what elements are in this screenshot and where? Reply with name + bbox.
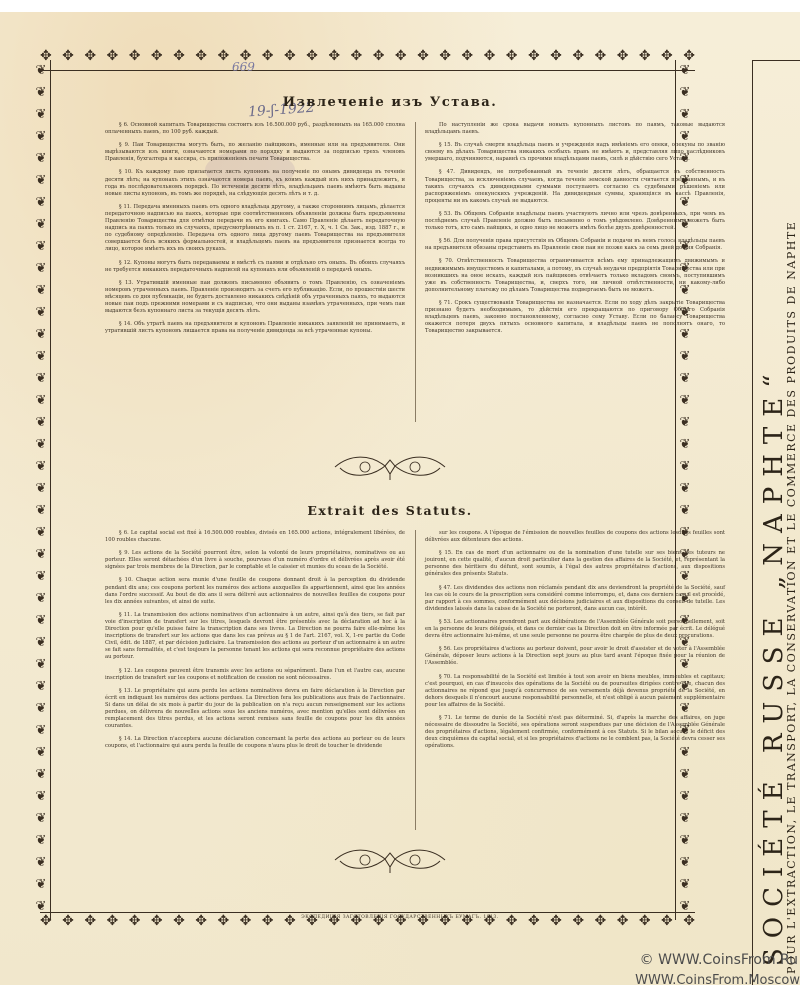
watermark-ru: © WWW.CoinsFrom.Ru [640, 952, 798, 968]
statute-paragraph: § 15. En cas de mort d'un actionnaire ou… [425, 550, 725, 578]
statute-paragraph: § 14. La Direction n'acceptera aucune dé… [105, 736, 405, 750]
statute-paragraph: По наступленіи же срока выдачи новыхъ ку… [425, 122, 725, 136]
russian-left-column: § 6. Основной капиталъ Товарищества сост… [105, 122, 405, 341]
french-left-column: § 6. Le capital social est fixé à 16.500… [105, 530, 405, 756]
column-divider [415, 122, 416, 422]
company-subtitle: POUR L'EXTRACTION, LE TRANSPORT, LA CONS… [785, 221, 798, 974]
statute-paragraph: § 53. Les actionnaires prendront part au… [425, 619, 725, 640]
background-top [0, 0, 800, 12]
statute-paragraph: § 15. Въ случаѣ смерти владѣльца паевъ и… [425, 142, 725, 163]
statute-paragraph: § 11. Передача именныхъ паевъ отъ одного… [105, 204, 405, 254]
statute-paragraph: § 56. Для полученія права присутствія въ… [425, 238, 725, 252]
statute-paragraph: § 70. Отвѣтственность Товарищества огран… [425, 258, 725, 293]
statute-paragraph: § 56. Les propriétaires d'actions au por… [425, 646, 725, 667]
statute-paragraph: § 11. La transmission des actions nomina… [105, 612, 405, 662]
statute-paragraph: § 53. Въ Общемъ Собраніи владѣльцы паевъ… [425, 211, 725, 232]
statute-paragraph: § 10. Къ каждому паю прилагается листъ к… [105, 169, 405, 197]
russian-section-title: Извлеченіе изъ Устава. [100, 95, 680, 110]
flourish-ornament [330, 845, 450, 875]
french-section-title: Extrait des Statuts. [100, 503, 680, 518]
statute-paragraph: § 12. Купоны могутъ быть передаваемы и в… [105, 260, 405, 274]
statute-paragraph: sur les coupons. A l'époque de l'émissio… [425, 530, 725, 544]
statute-paragraph: § 70. La responsabilité de la Société es… [425, 674, 725, 709]
statute-paragraph: § 71. Le terme de durée de la Société n'… [425, 715, 725, 750]
statute-paragraph: § 71. Срокъ существованія Товарищества н… [425, 300, 725, 335]
statute-paragraph: § 13. Le propriétaire qui aura perdu les… [105, 688, 405, 731]
side-panel: SOCIÉTÉ RUSSE „NAPHTE“ POUR L'EXTRACTION… [752, 60, 800, 986]
handwritten-number: 669 [232, 60, 255, 74]
flourish-ornament [330, 452, 450, 482]
statute-paragraph: § 13. Утратившій именные паи долженъ пис… [105, 280, 405, 315]
column-divider [415, 530, 416, 830]
statute-paragraph: § 14. Объ утратѣ паевъ на предъявителя и… [105, 321, 405, 335]
border-ornament: ✥ ✥ ✥ ✥ ✥ ✥ ✥ ✥ ✥ ✥ ✥ ✥ ✥ ✥ ✥ ✥ ✥ ✥ ✥ ✥ … [40, 48, 695, 64]
statute-paragraph: § 6. Основной капиталъ Товарищества сост… [105, 122, 405, 136]
russian-right-column: По наступленіи же срока выдачи новыхъ ку… [425, 122, 725, 341]
statute-paragraph: § 10. Chaque action sera munie d'une feu… [105, 577, 405, 605]
watermark-moscow: WWW.CoinsFrom.Moscow [635, 973, 800, 988]
statute-paragraph: § 12. Les coupons peuvent être transmis … [105, 668, 405, 682]
statute-paragraph: § 9. Паи Товарищества могутъ быть, по же… [105, 142, 405, 163]
ornamental-border-left: ❦ ❦ ❦ ❦ ❦ ❦ ❦ ❦ ❦ ❦ ❦ ❦ ❦ ❦ ❦ ❦ ❦ ❦ ❦ ❦ … [32, 60, 51, 920]
printer-imprint: ЭКСПЕДИЦІЯ ЗАГОТОВЛЕНІЯ ГОСУДАРСТВЕННЫХЪ… [240, 915, 560, 920]
document-sheet: ✥ ✥ ✥ ✥ ✥ ✥ ✥ ✥ ✥ ✥ ✥ ✥ ✥ ✥ ✥ ✥ ✥ ✥ ✥ ✥ … [0, 0, 800, 1000]
statute-paragraph: § 9. Les actions de la Société pourront … [105, 550, 405, 571]
statute-paragraph: § 47. Les dividendes des actions non réc… [425, 585, 725, 613]
statute-paragraph: § 6. Le capital social est fixé à 16.500… [105, 530, 405, 544]
ornamental-border-top: ✥ ✥ ✥ ✥ ✥ ✥ ✥ ✥ ✥ ✥ ✥ ✥ ✥ ✥ ✥ ✥ ✥ ✥ ✥ ✥ … [40, 48, 695, 71]
french-right-column: sur les coupons. A l'époque de l'émissio… [425, 530, 725, 756]
statute-paragraph: § 47. Дивидендъ, не потребованный въ теч… [425, 169, 725, 204]
